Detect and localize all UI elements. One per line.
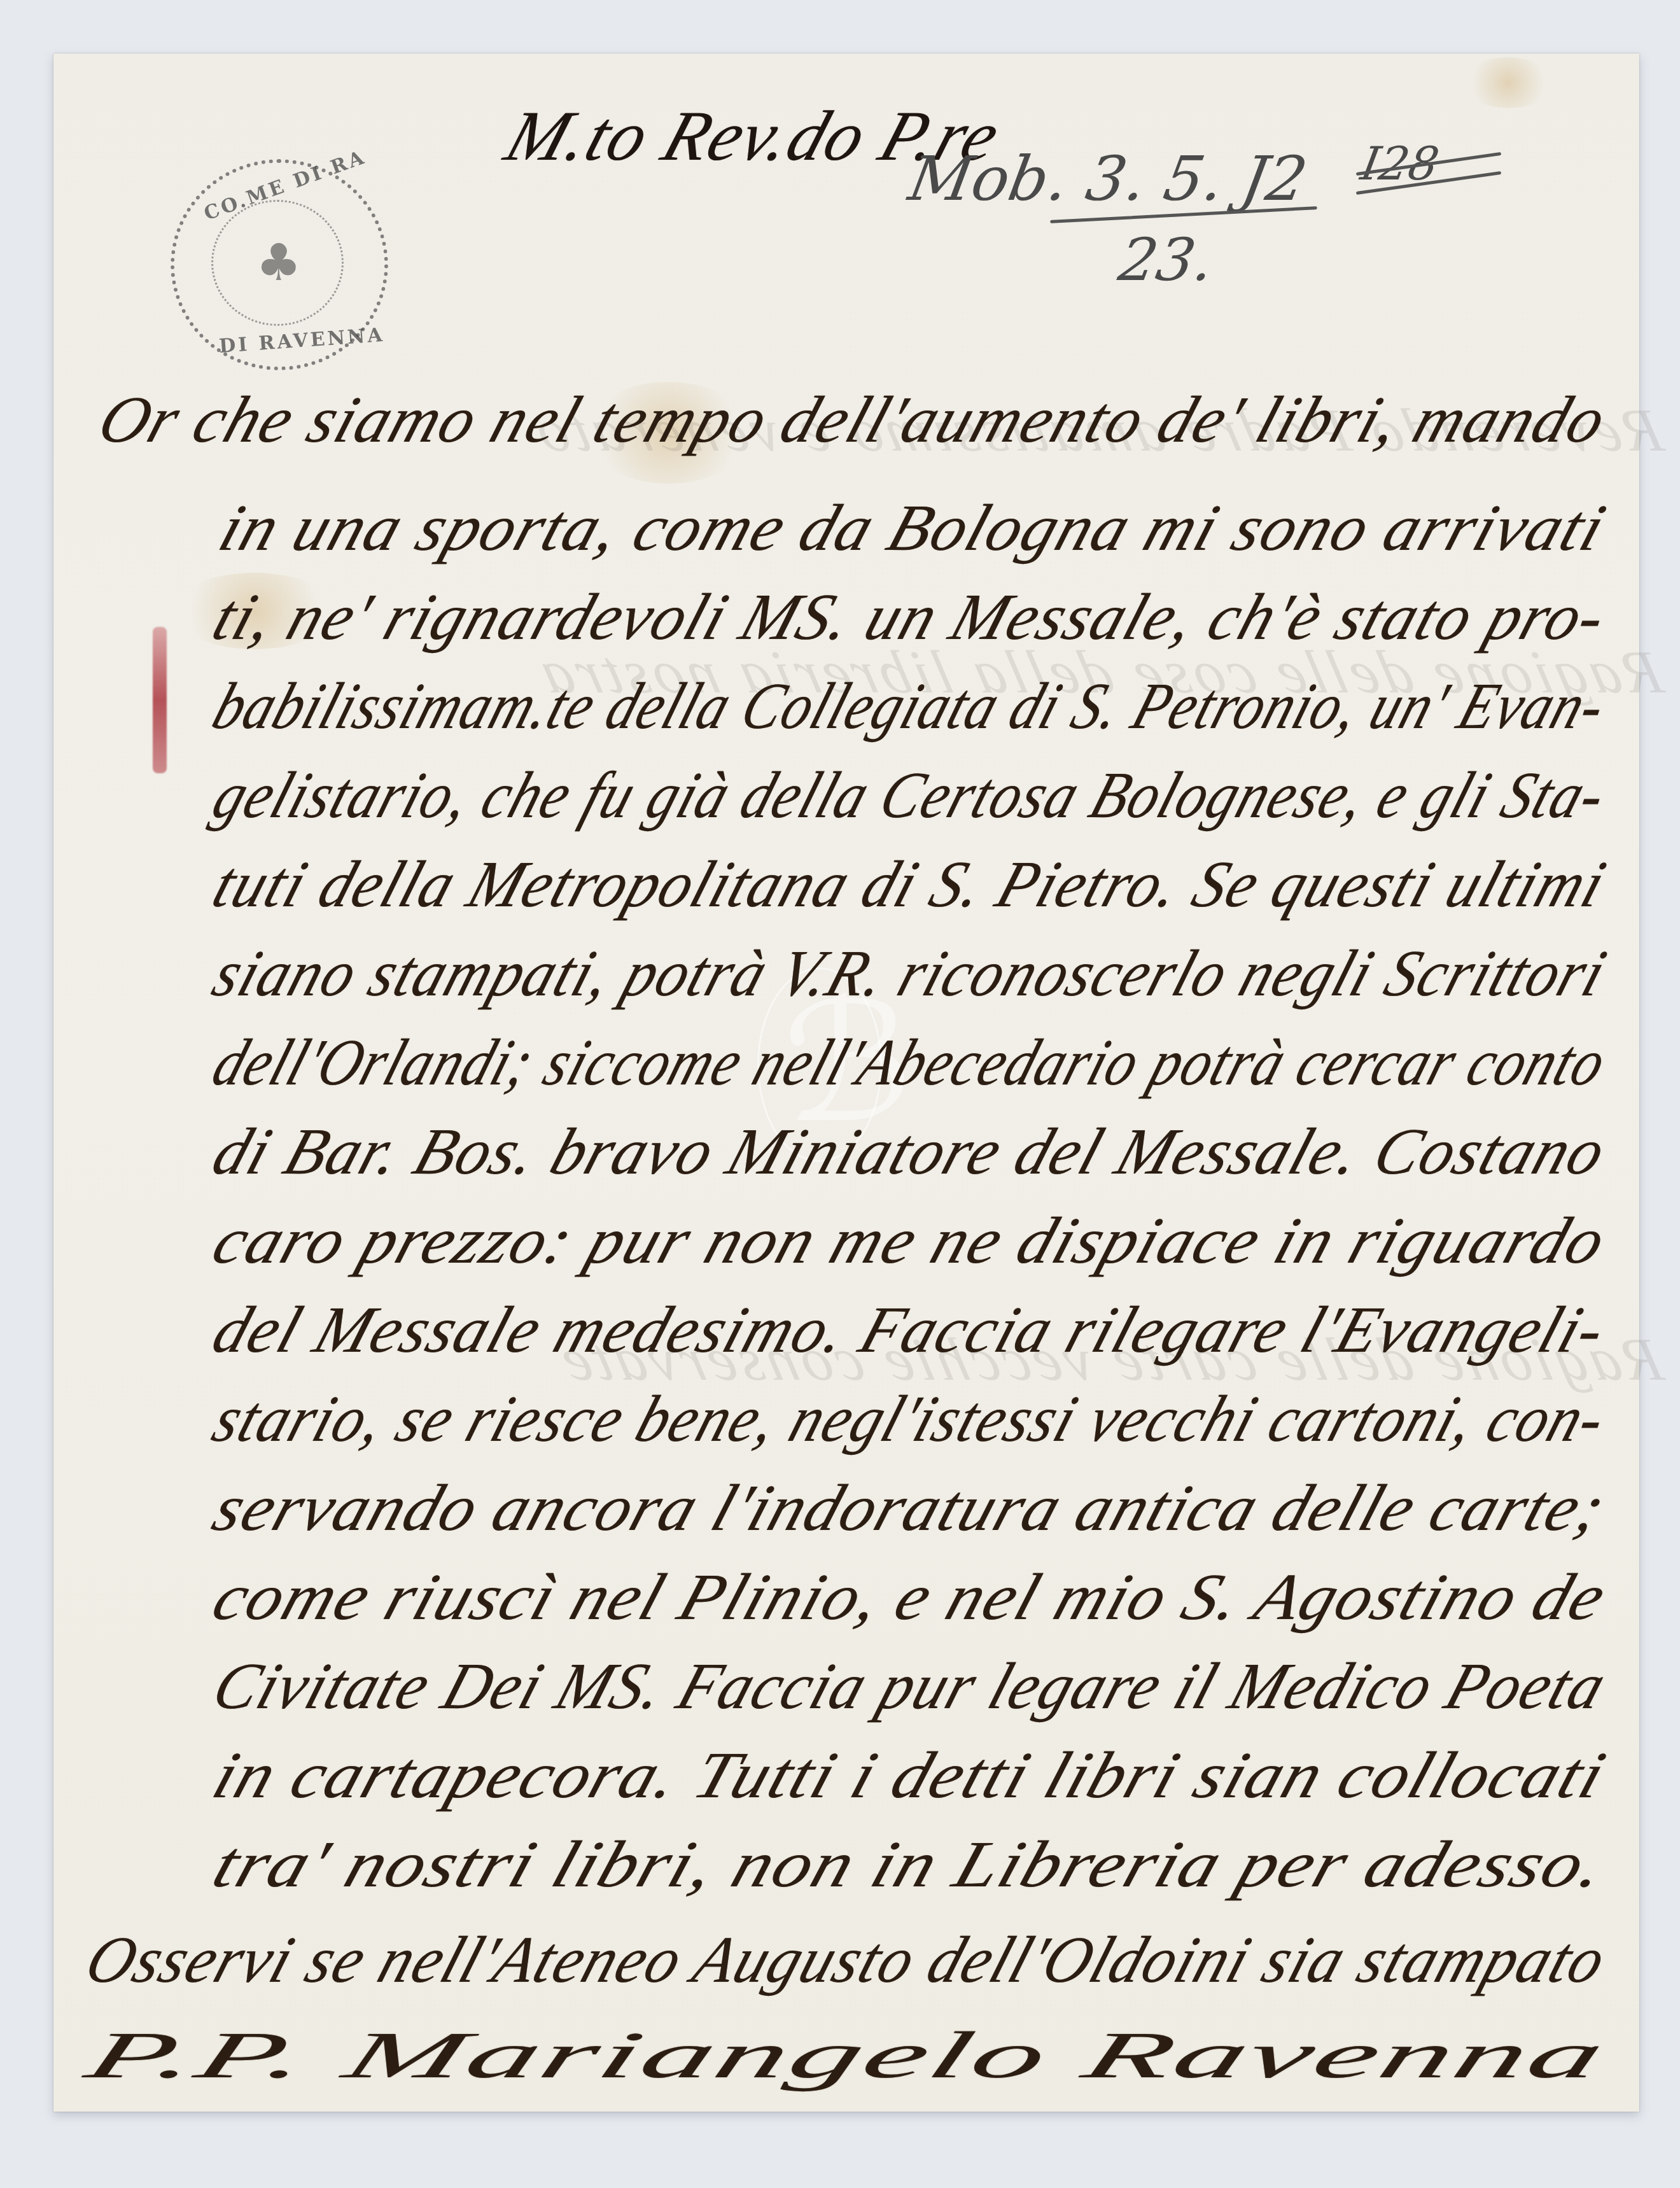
letter-line: del Messale medesimo. Faccia rilegare l'… — [204, 1292, 1616, 1368]
postscript: Osservi se nell'Ateneo Augusto dell'Oldo… — [77, 1922, 1616, 1998]
shelfmark: Mob. 3. 5. J2 — [904, 143, 1312, 214]
foxing-stain — [1464, 57, 1553, 108]
shelfmark-number: 23. — [1114, 226, 1219, 294]
letter-line: Or che siamo nel tempo dell'aumento de' … — [90, 382, 1616, 458]
letter-line: caro prezzo: pur non me ne dispiace in r… — [204, 1203, 1616, 1279]
letter-line: in cartapecora. Tutti i detti libri sian… — [204, 1737, 1616, 1813]
letter-line: tuti della Metropolitana di S. Pietro. S… — [204, 846, 1616, 922]
letter-line: servando ancora l'indoratura antica dell… — [204, 1470, 1616, 1546]
letter-line: in una sporta, come da Bologna mi sono a… — [211, 490, 1616, 566]
letter-line: gelistario, che fu già della Certosa Bol… — [204, 757, 1616, 833]
letter-line: stario, se riesce bene, negl'istessi vec… — [204, 1381, 1616, 1457]
letter-line: di Bar. Bos. bravo Miniatore del Messale… — [204, 1114, 1616, 1189]
red-margin-mark — [153, 627, 167, 773]
library-stamp: CO.ME DI RA DI RAVENNA ♣ — [171, 159, 388, 370]
letter-line: babilissimam.te della Collegiata di S. P… — [204, 668, 1616, 744]
pine-tree-icon: ♣ — [256, 233, 302, 292]
letter-line: tra' nostri libri, non in Libreria per a… — [204, 1827, 1616, 1902]
letter-line: dell'Orlandi; siccome nell'Abecedario po… — [204, 1025, 1616, 1100]
letter-line: ti, ne' rignardevoli MS. un Messale, ch'… — [204, 579, 1616, 655]
letter-line: siano stampati, potrà V.R. riconoscerlo … — [204, 936, 1616, 1011]
letter-line: Civitate Dei MS. Faccia pur legare il Me… — [204, 1648, 1616, 1724]
postscript-signature: P.P. Mariangelo Ravenna — [77, 2017, 1616, 2093]
letter-line: come riuscì nel Plinio, e nel mio S. Ago… — [204, 1559, 1616, 1635]
